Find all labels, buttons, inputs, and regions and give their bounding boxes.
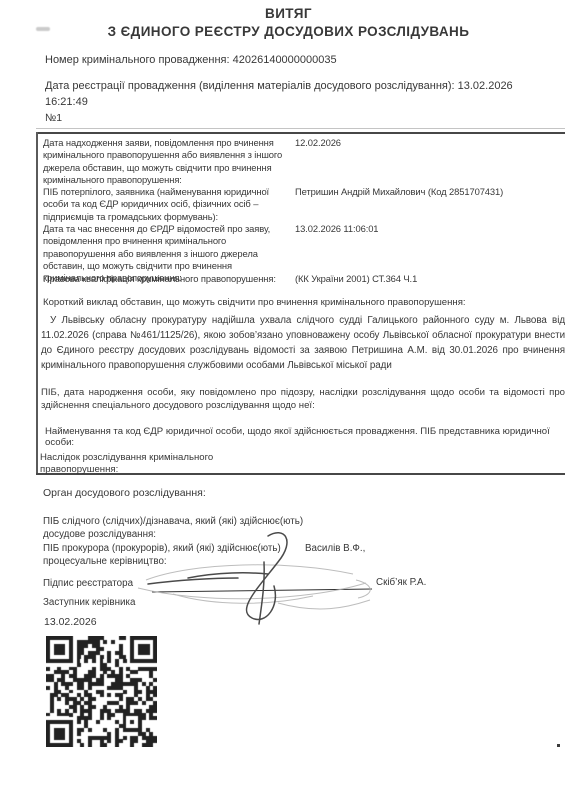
row-label: Дата надходження заяви, повідомлення про… <box>43 137 295 186</box>
row-value: 12.02.2026 <box>295 137 565 186</box>
table-top-border <box>36 132 565 134</box>
investigation-organ-label: Орган досудового розслідування: <box>43 487 206 499</box>
summary-text: У Львівську обласну прокуратуру надійшла… <box>41 313 565 373</box>
row-label: Правова кваліфікація кримінального право… <box>43 273 295 285</box>
table-row-legal-qualification: Правова кваліфікація кримінального право… <box>43 273 565 285</box>
investigator-label: ПІБ слідчого (слідчих)/дізнавача, який (… <box>43 516 318 541</box>
registration-date-line: Дата реєстрації провадження (виділення м… <box>45 78 545 110</box>
document-page: ВИТЯГ З ЄДИНОГО РЕЄСТРУ ДОСУДОВИХ РОЗСЛІ… <box>0 0 577 800</box>
outcome-field-label: Наслідок розслідування кримінального пра… <box>40 452 225 475</box>
table-left-border <box>36 132 38 475</box>
summary-label: Короткий виклад обставин, що можуть свід… <box>43 297 565 308</box>
row-label: ПІБ потерпілого, заявника (найменування … <box>43 186 295 223</box>
record-number: №1 <box>45 112 62 124</box>
legal-entity-field-label: Найменування та код ЄДР юридичної особи,… <box>45 426 565 448</box>
table-row-victim-name: ПІБ потерпілого, заявника (найменування … <box>43 186 565 223</box>
record-number-underline <box>36 128 565 129</box>
deputy-head-label: Заступник керівника <box>43 597 135 608</box>
case-number-line: Номер кримінального провадження: 4202614… <box>45 52 565 68</box>
document-title-line1: ВИТЯГ <box>0 6 577 21</box>
prosecutor-name: Василів В.Ф., <box>305 543 365 554</box>
row-value: (КК України 2001) СТ.364 Ч.1 <box>295 273 565 285</box>
row-value: Петришин Андрій Михайлович (Код 28517074… <box>295 186 565 223</box>
document-title-line2: З ЄДИНОГО РЕЄСТРУ ДОСУДОВИХ РОЗСЛІДУВАНЬ <box>0 24 577 39</box>
issue-date: 13.02.2026 <box>44 616 97 628</box>
registrar-signature-label: Підпис реєстратора <box>43 578 133 589</box>
registrar-name: Скіб’як Р.А. <box>376 577 426 588</box>
suspect-field-label: ПІБ, дата народження особи, яку повідомл… <box>41 387 565 412</box>
qr-code <box>46 636 157 747</box>
signature-line <box>152 580 372 592</box>
scan-artifact-speck <box>557 744 560 747</box>
table-row-intake-date: Дата надходження заяви, повідомлення про… <box>43 137 565 186</box>
prosecutor-label: ПІБ прокурора (прокурорів), який (які) з… <box>43 543 298 568</box>
